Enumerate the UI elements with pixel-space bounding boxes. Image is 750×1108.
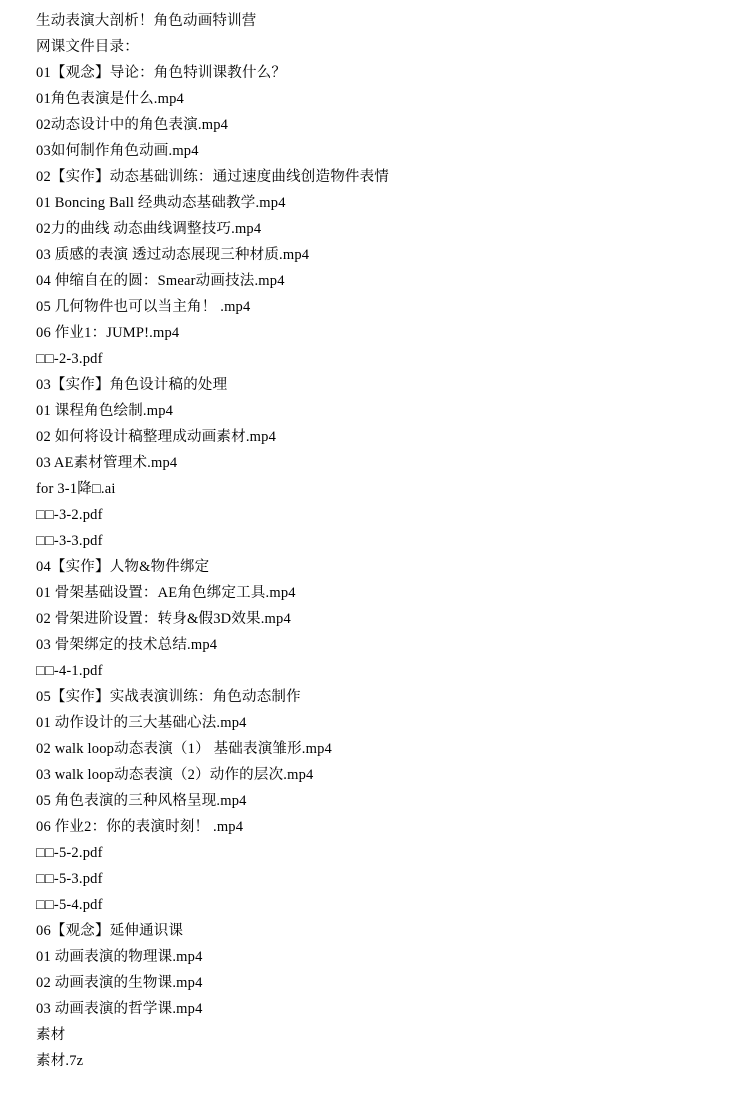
file-item-7z: 素材.7z: [36, 1048, 730, 1074]
file-item-mp4: 03 AE素材管理术.mp4: [36, 450, 730, 476]
file-item-mp4: 05 几何物件也可以当主角！ .mp4: [36, 294, 730, 320]
file-item-mp4: 01 动作设计的三大基础心法.mp4: [36, 710, 730, 736]
file-item-mp4: 03 动画表演的哲学课.mp4: [36, 996, 730, 1022]
file-item-mp4: 03 walk loop动态表演（2）动作的层次.mp4: [36, 762, 730, 788]
file-item-pdf: □□-5-2.pdf: [36, 840, 730, 866]
file-item-mp4: 03 质感的表演 透过动态展现三种材质.mp4: [36, 242, 730, 268]
file-item-mp4: 01 课程角色绘制.mp4: [36, 398, 730, 424]
file-item-mp4: 02力的曲线 动态曲线调整技巧.mp4: [36, 216, 730, 242]
section-header: 02【实作】动态基础训练：通过速度曲线创造物件表情: [36, 164, 730, 190]
section-header: 04【实作】人物&物件绑定: [36, 554, 730, 580]
file-item-pdf: □□-3-2.pdf: [36, 502, 730, 528]
file-item-mp4: 01 动画表演的物理课.mp4: [36, 944, 730, 970]
file-list: 生动表演大剖析！角色动画特训营网课文件目录：01【观念】导论：角色特训课教什么？…: [36, 8, 730, 1074]
section-header: 03【实作】角色设计稿的处理: [36, 372, 730, 398]
file-item-mp4: 02 骨架进阶设置：转身&假3D效果.mp4: [36, 606, 730, 632]
file-item-mp4: 02 walk loop动态表演（1） 基础表演雏形.mp4: [36, 736, 730, 762]
file-item-mp4: 03如何制作角色动画.mp4: [36, 138, 730, 164]
section-header: 01【观念】导论：角色特训课教什么？: [36, 60, 730, 86]
file-item-ai: for 3-1降□.ai: [36, 476, 730, 502]
file-item-mp4: 03 骨架绑定的技术总结.mp4: [36, 632, 730, 658]
section-header: 05【实作】实战表演训练：角色动态制作: [36, 684, 730, 710]
file-item-mp4: 06 作业1：JUMP!.mp4: [36, 320, 730, 346]
file-item-pdf: □□-5-4.pdf: [36, 892, 730, 918]
file-item-mp4: 01 骨架基础设置：AE角色绑定工具.mp4: [36, 580, 730, 606]
file-item-mp4: 02 动画表演的生物课.mp4: [36, 970, 730, 996]
file-item-mp4: 05 角色表演的三种风格呈现.mp4: [36, 788, 730, 814]
folder-item: 素材: [36, 1022, 730, 1048]
file-item-pdf: □□-3-3.pdf: [36, 528, 730, 554]
file-item-pdf: □□-2-3.pdf: [36, 346, 730, 372]
file-item-mp4: 06 作业2：你的表演时刻！ .mp4: [36, 814, 730, 840]
file-item-mp4: 01角色表演是什么.mp4: [36, 86, 730, 112]
directory-label: 网课文件目录：: [36, 34, 730, 60]
doc-title: 生动表演大剖析！角色动画特训营: [36, 8, 730, 34]
file-item-mp4: 02动态设计中的角色表演.mp4: [36, 112, 730, 138]
file-item-pdf: □□-5-3.pdf: [36, 866, 730, 892]
file-item-mp4: 02 如何将设计稿整理成动画素材.mp4: [36, 424, 730, 450]
document-page: 生动表演大剖析！角色动画特训营网课文件目录：01【观念】导论：角色特训课教什么？…: [0, 0, 750, 1108]
section-header: 06【观念】延伸通识课: [36, 918, 730, 944]
file-item-mp4: 01 Boncing Ball 经典动态基础教学.mp4: [36, 190, 730, 216]
file-item-mp4: 04 伸缩自在的圆：Smear动画技法.mp4: [36, 268, 730, 294]
file-item-pdf: □□-4-1.pdf: [36, 658, 730, 684]
